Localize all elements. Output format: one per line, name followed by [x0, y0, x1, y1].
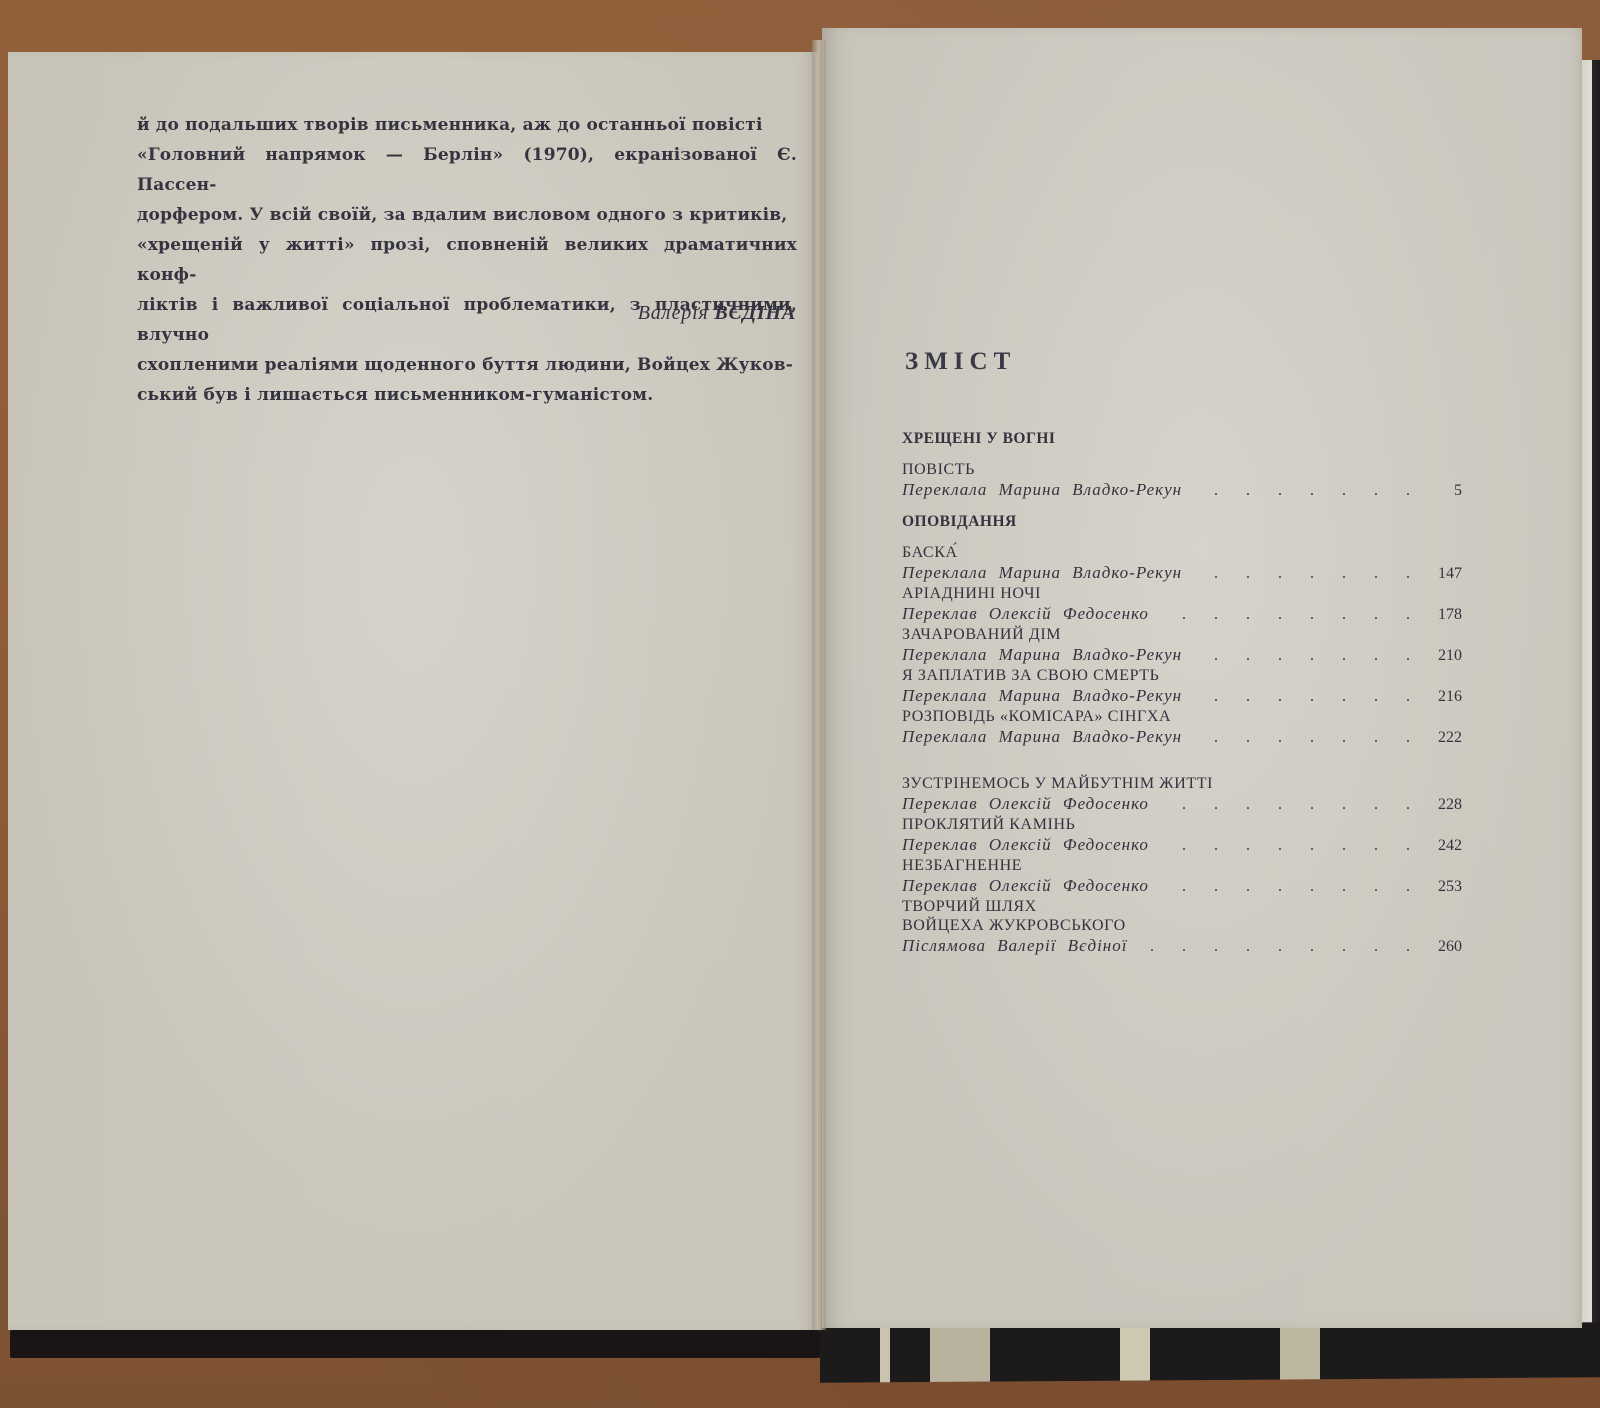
toc-entry-translator: Переклав Олексій Федосенко	[902, 834, 1149, 856]
toc-entry-translator: Переклала Марина Владко-Рекун	[902, 562, 1182, 584]
paragraph-line: ський був і лишається письменником-гуман…	[137, 380, 797, 410]
toc-entry: ТВОРЧИЙ ШЛЯХВОЙЦЕХА ЖУКРОВСЬКОГОПіслямов…	[902, 897, 1462, 957]
leader-dots: . . . . . . . . . . . . . . . . . . . . …	[1192, 480, 1422, 502]
toc-entry-translator: Переклала Марина Владко-Рекун	[902, 685, 1182, 707]
leader-dots: . . . . . . . . . . . . . . . . . . . . …	[1192, 645, 1422, 667]
author-signature: Валерія ВЄДІНА	[560, 302, 796, 325]
toc-entry: Я ЗАПЛАТИВ ЗА СВОЮ СМЕРТЬПереклала Марин…	[902, 666, 1462, 707]
leader-dots: . . . . . . . . . . . . . . . . . . . . …	[1159, 876, 1422, 898]
toc-title: ЗМІСТ	[905, 348, 1016, 376]
book-cover-shadow	[10, 1330, 820, 1358]
paragraph-line: схопленими реаліями щоденного буття люди…	[137, 350, 797, 380]
leader-dots: . . . . . . . . . . . . . . . . . . . . …	[1159, 835, 1422, 857]
toc-page-number: 178	[1424, 604, 1462, 626]
toc-entry-line: Переклала Марина Владко-Рекун. . . . . .…	[902, 726, 1462, 748]
toc-entry: РОЗПОВІДЬ «КОМІСАРА» СІНГХАПереклала Мар…	[902, 707, 1462, 748]
toc-page-number: 260	[1424, 936, 1462, 958]
toc-entry-title: Я ЗАПЛАТИВ ЗА СВОЮ СМЕРТЬ	[902, 666, 1462, 685]
signature-surname: ВЄДІНА	[714, 302, 796, 324]
toc-entry-line: Переклав Олексій Федосенко. . . . . . . …	[902, 793, 1462, 815]
toc-entry-title: ПРОКЛЯТИЙ КАМІНЬ	[902, 815, 1462, 834]
paragraph-line: «Головний напрямок — Берлін» (1970), екр…	[137, 140, 797, 200]
book-cover-edge	[1580, 60, 1600, 1360]
toc-entry-line: Переклала Марина Владко-Рекун. . . . . .…	[902, 479, 1462, 501]
toc-entry-translator: Переклав Олексій Федосенко	[902, 603, 1149, 625]
toc-entry-line: Післямова Валерії Вєдіної. . . . . . . .…	[902, 935, 1462, 957]
toc-entry-translator: Переклала Марина Владко-Рекун	[902, 726, 1182, 748]
toc-section-heading: ОПОВІДАННЯ	[902, 511, 1462, 533]
paragraph-line: дорфером. У всій своїй, за вдалим вислов…	[137, 200, 797, 230]
toc-entry: АРІАДНИНІ НОЧІПереклав Олексій Федосенко…	[902, 584, 1462, 625]
toc-spacer	[902, 450, 1462, 460]
toc-spacer	[902, 501, 1462, 511]
leader-dots: . . . . . . . . . . . . . . . . . . . . …	[1192, 686, 1422, 708]
book-cover-binding	[820, 1322, 1600, 1382]
toc-entry-line: Переклав Олексій Федосенко. . . . . . . …	[902, 875, 1462, 897]
paragraph-line: «хрещеній у житті» прозі, сповненій вели…	[137, 230, 797, 290]
toc-page-number: 210	[1424, 645, 1462, 667]
toc-entry-title: ТВОРЧИЙ ШЛЯХ	[902, 897, 1462, 916]
toc-spacer	[902, 533, 1462, 543]
table-of-contents: ХРЕЩЕНІ У ВОГНІПОВІСТЬПереклала Марина В…	[902, 428, 1462, 957]
toc-entry: ПОВІСТЬПереклала Марина Владко-Рекун. . …	[902, 460, 1462, 501]
toc-page-number: 253	[1424, 876, 1462, 898]
toc-entry: НЕЗБАГНЕННЕПереклав Олексій Федосенко. .…	[902, 856, 1462, 897]
toc-entry-title: НЕЗБАГНЕННЕ	[902, 856, 1462, 875]
paragraph-line: й до подальших творів письменника, аж до…	[137, 110, 797, 140]
toc-entry-translator: Переклала Марина Владко-Рекун	[902, 479, 1182, 501]
leader-dots: . . . . . . . . . . . . . . . . . . . . …	[1192, 563, 1422, 585]
toc-page-number: 228	[1424, 794, 1462, 816]
toc-entry-translator: Переклав Олексій Федосенко	[902, 793, 1149, 815]
toc-entry-line: Переклала Марина Владко-Рекун. . . . . .…	[902, 562, 1462, 584]
toc-page-number: 222	[1424, 727, 1462, 749]
toc-entry-translator: Переклав Олексій Федосенко	[902, 875, 1149, 897]
toc-spacer	[902, 748, 1462, 774]
toc-page-number: 147	[1424, 563, 1462, 585]
toc-entry: ПРОКЛЯТИЙ КАМІНЬПереклав Олексій Федосен…	[902, 815, 1462, 856]
leader-dots: . . . . . . . . . . . . . . . . . . . . …	[1159, 794, 1422, 816]
book-gutter	[812, 40, 826, 1330]
toc-entry-line: Переклала Марина Владко-Рекун. . . . . .…	[902, 685, 1462, 707]
toc-entry-translator: Післямова Валерії Вєдіної	[902, 935, 1127, 957]
toc-entry-translator: Переклала Марина Владко-Рекун	[902, 644, 1182, 666]
toc-section-heading: ХРЕЩЕНІ У ВОГНІ	[902, 428, 1462, 450]
toc-entry-title: БАСКА́	[902, 543, 1462, 562]
toc-entry-title: РОЗПОВІДЬ «КОМІСАРА» СІНГХА	[902, 707, 1462, 726]
toc-entry-line: Переклав Олексій Федосенко. . . . . . . …	[902, 603, 1462, 625]
toc-page-number: 216	[1424, 686, 1462, 708]
toc-entry: ЗУСТРІНЕМОСЬ У МАЙБУТНІМ ЖИТТІПереклав О…	[902, 774, 1462, 815]
toc-entry-title: АРІАДНИНІ НОЧІ	[902, 584, 1462, 603]
toc-entry-line: Переклала Марина Владко-Рекун. . . . . .…	[902, 644, 1462, 666]
toc-page-number: 242	[1424, 835, 1462, 857]
toc-entry-line: Переклав Олексій Федосенко. . . . . . . …	[902, 834, 1462, 856]
leader-dots: . . . . . . . . . . . . . . . . . . . . …	[1159, 604, 1422, 626]
toc-entry: ЗАЧАРОВАНИЙ ДІМПереклала Марина Владко-Р…	[902, 625, 1462, 666]
afterword-paragraph: й до подальших творів письменника, аж до…	[137, 110, 797, 410]
leader-dots: . . . . . . . . . . . . . . . . . . . . …	[1137, 936, 1422, 958]
signature-first-name: Валерія	[638, 302, 709, 324]
toc-entry-title: ЗАЧАРОВАНИЙ ДІМ	[902, 625, 1462, 644]
toc-entry-title: ЗУСТРІНЕМОСЬ У МАЙБУТНІМ ЖИТТІ	[902, 774, 1462, 793]
toc-entry: БАСКА́Переклала Марина Владко-Рекун. . .…	[902, 543, 1462, 584]
leader-dots: . . . . . . . . . . . . . . . . . . . . …	[1192, 727, 1422, 749]
toc-entry-title: ВОЙЦЕХА ЖУКРОВСЬКОГО	[902, 916, 1462, 935]
toc-entry-title: ПОВІСТЬ	[902, 460, 1462, 479]
toc-page-number: 5	[1424, 480, 1462, 502]
